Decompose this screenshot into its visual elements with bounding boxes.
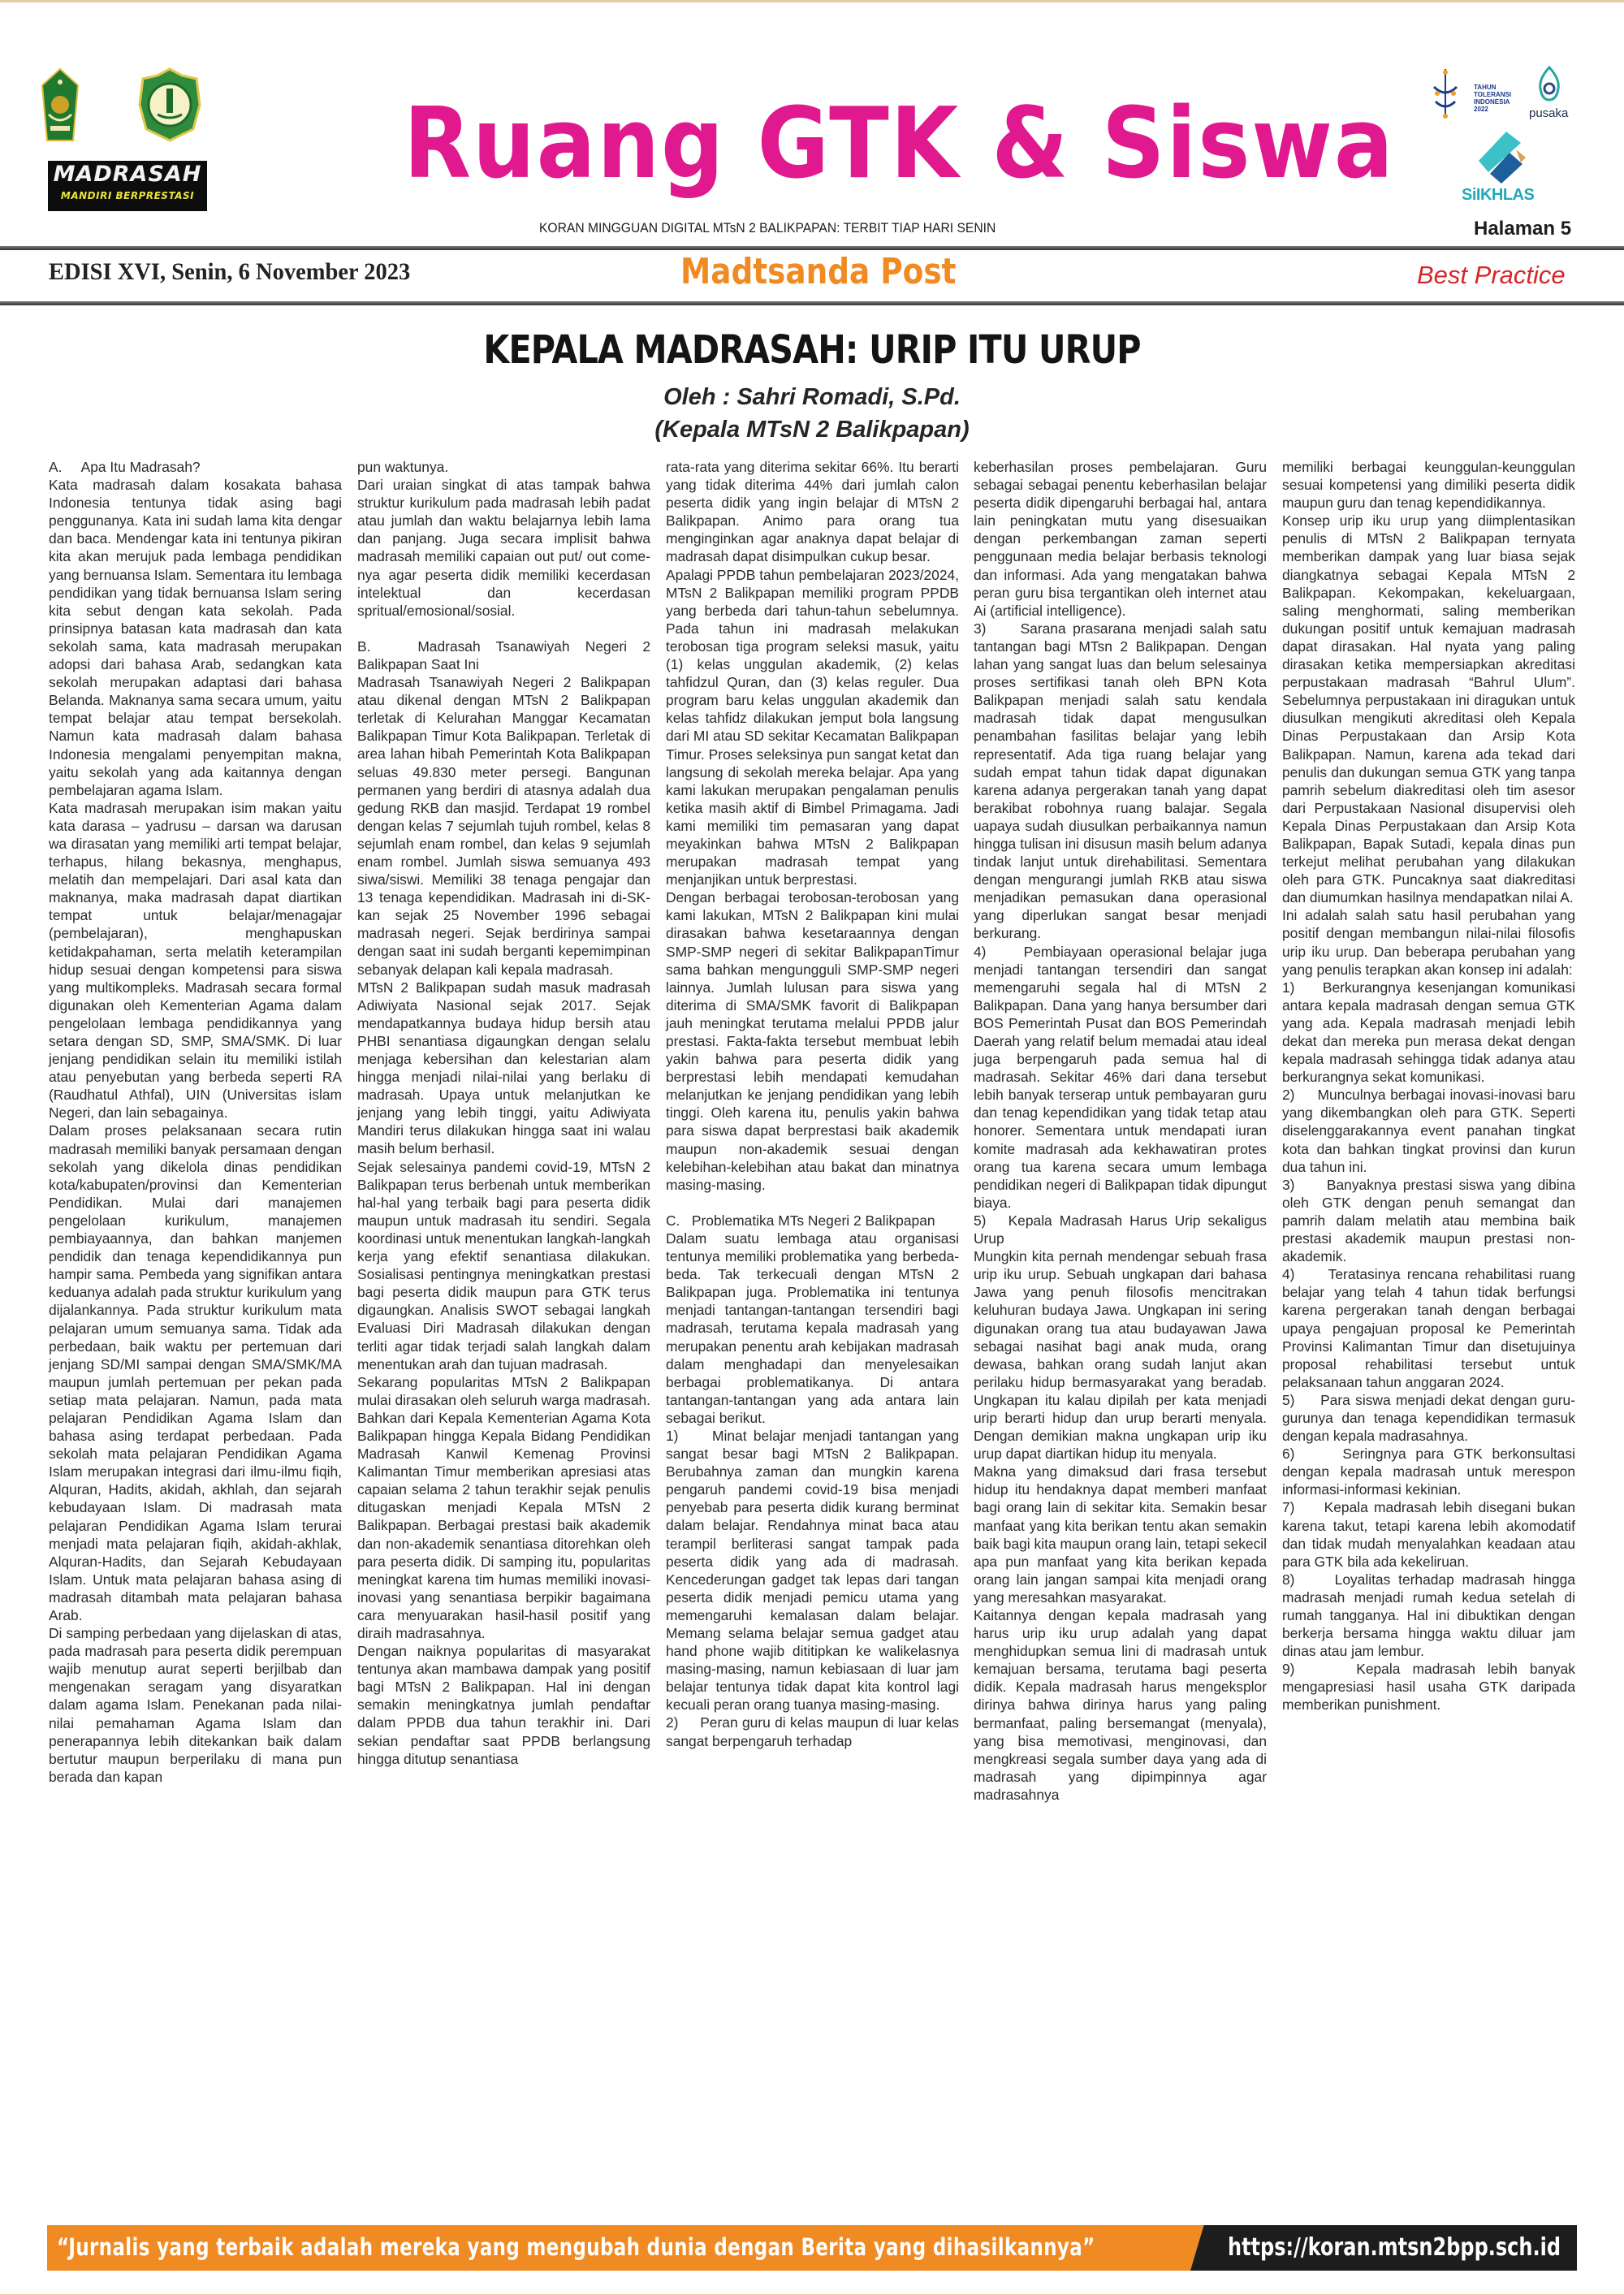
paragraph: Konsep urip iku urup yang diimplentasika…: [1282, 512, 1575, 906]
siikhlas-logo-icon: [1474, 128, 1531, 187]
section-label: Best Practice: [1417, 261, 1566, 290]
paragraph: 9) Kepala madrasah lebih banyak mengapre…: [1282, 1660, 1575, 1714]
article-body: A. Apa Itu Madrasah?Kata madrasah dalam …: [49, 458, 1601, 2196]
paragraph-spacer: [357, 620, 650, 637]
paragraph: MTsN 2 Balikpapan sudah masuk madrasah A…: [357, 979, 650, 1158]
badge-line-2: MANDIRI BERPRESTASI: [48, 188, 207, 203]
pusaka-text: pusaka: [1529, 106, 1568, 120]
paragraph: Dari uraian singkat di atas tampak bahwa…: [357, 476, 650, 620]
article-byline: Oleh : Sahri Romadi, S.Pd.: [0, 384, 1624, 411]
masthead-divider-bottom: [0, 301, 1624, 305]
author-title: (Kepala MTsN 2 Balikpapan): [0, 417, 1624, 443]
paragraph: 4) Pembiayaan operasional belajar juga m…: [974, 943, 1267, 1212]
footer-banner: “Jurnalis yang terbaik adalah mereka yan…: [0, 2225, 1624, 2271]
paragraph: Kata madrasah merupakan isim makan yaitu…: [49, 799, 342, 1122]
paragraph: Dengan berbagai terobosan-terobosan yang…: [666, 888, 959, 1194]
pusaka-logo-icon: [1537, 66, 1561, 102]
paragraph: 1) Minat belajar menjadi tantangan yang …: [666, 1427, 959, 1714]
masthead: MADRASAH MANDIRI BERPRESTASI Ruang GTK &…: [0, 2, 1624, 246]
paragraph: Sejak selesainya pandemi covid-19, MTsN …: [357, 1158, 650, 1373]
paragraph: keberhasilan proses pembelajaran. Guru s…: [974, 458, 1267, 620]
paragraph: 1) Berkurangnya kesenjangan komunikasi a…: [1282, 979, 1575, 1087]
paragraph: Makna yang dimaksud dari frasa tersebut …: [974, 1463, 1267, 1606]
paragraph: 4) Teratasinya rencana rehabilitasi ruan…: [1282, 1265, 1575, 1391]
newspaper-title: Ruang GTK & Siswa: [404, 92, 1134, 197]
madrasah-mandiri-badge: MADRASAH MANDIRI BERPRESTASI: [48, 161, 207, 211]
paragraph: 5) Para siswa menjadi dekat dengan guru-…: [1282, 1391, 1575, 1445]
article-column-3: rata-rata yang diterima sekitar 66%. Itu…: [666, 458, 959, 1750]
paragraph: Mungkin kita pernah mendengar sebuah fra…: [974, 1247, 1267, 1463]
paragraph: Sekarang popularitas MTsN 2 Balikpapan m…: [357, 1373, 650, 1642]
paragraph: pun waktunya.: [357, 458, 650, 476]
paragraph: Dalam proses pelaksanaan secara rutin ma…: [49, 1122, 342, 1624]
paragraph: Madrasah Tsanawiyah Negeri 2 Balikpapan …: [357, 673, 650, 979]
kemenag-emblem-icon: [41, 67, 80, 142]
article-column-1: A. Apa Itu Madrasah?Kata madrasah dalam …: [49, 458, 342, 1786]
website-link[interactable]: https://koran.mtsn2bpp.sch.id: [1228, 2233, 1561, 2262]
paragraph: 3) Sarana prasarana menjadi salah satu t…: [974, 620, 1267, 943]
madtsanda-post-logo: Madtsanda Post: [680, 251, 957, 292]
paragraph: Apalagi PPDB tahun pembelajaran 2023/202…: [666, 566, 959, 889]
footer-quote: “Jurnalis yang terbaik adalah mereka yan…: [57, 2233, 1095, 2261]
paragraph: 2) Peran guru di kelas maupun di luar ke…: [666, 1714, 959, 1749]
paragraph: Kata madrasah dalam kosakata bahasa Indo…: [49, 476, 342, 799]
article-column-2: pun waktunya.Dari uraian singkat di atas…: [357, 458, 650, 1768]
section-heading: B. Madrasah Tsanawiyah Negeri 2 Balikpap…: [357, 637, 650, 673]
paragraph: Dalam suatu lembaga atau organisasi tent…: [666, 1230, 959, 1427]
page-number: Halaman 5: [1474, 218, 1571, 240]
paragraph: memiliki berbagai keunggulan-keunggulan …: [1282, 458, 1575, 512]
paragraph: 3) Banyaknya prestasi siswa yang dibina …: [1282, 1176, 1575, 1265]
badge-line-1: MADRASAH: [48, 161, 207, 188]
paragraph: 6) Seringnya para GTK berkonsultasi deng…: [1282, 1445, 1575, 1498]
paragraph: 2) Munculnya berbagai inovasi-inovasi ba…: [1282, 1086, 1575, 1175]
paragraph: 8) Loyalitas terhadap madrasah hingga ma…: [1282, 1571, 1575, 1660]
article-headline: KEPALA MADRASAH: URIP ITU URUP: [114, 327, 1510, 373]
siikhlas-text: SiIKHLAS: [1462, 186, 1534, 205]
school-crest-icon: [136, 67, 203, 142]
paragraph: Ini adalah salah satu hasil perubahan ya…: [1282, 906, 1575, 978]
paragraph-spacer: [666, 1194, 959, 1212]
masthead-divider-top: [0, 246, 1624, 250]
paragraph: 5) Kepala Madrasah Harus Urip sekaligus …: [974, 1212, 1267, 1247]
paragraph: 7) Kepala madrasah lebih disegani bukan …: [1282, 1498, 1575, 1570]
section-heading: A. Apa Itu Madrasah?: [49, 458, 342, 476]
edition-date: EDISI XVI, Senin, 6 November 2023: [49, 258, 410, 286]
paragraph: Di samping perbedaan yang dijelaskan di …: [49, 1624, 342, 1786]
paragraph: Dengan naiknya popularitas di masyarakat…: [357, 1642, 650, 1768]
newspaper-subtitle: KORAN MINGGUAN DIGITAL MTsN 2 BALIKPAPAN…: [539, 220, 996, 236]
section-heading: C. Problematika MTs Negeri 2 Balikpapan: [666, 1212, 959, 1230]
article-column-5: memiliki berbagai keunggulan-keunggulan …: [1282, 458, 1575, 1714]
article-column-4: keberhasilan proses pembelajaran. Guru s…: [974, 458, 1267, 1804]
paragraph: rata-rata yang diterima sekitar 66%. Itu…: [666, 458, 959, 566]
toleransi-text: TAHUN TOLERANSI INDONESIA 2022: [1474, 84, 1511, 113]
paragraph: Kaitannya dengan kepala madrasah yang ha…: [974, 1606, 1267, 1804]
